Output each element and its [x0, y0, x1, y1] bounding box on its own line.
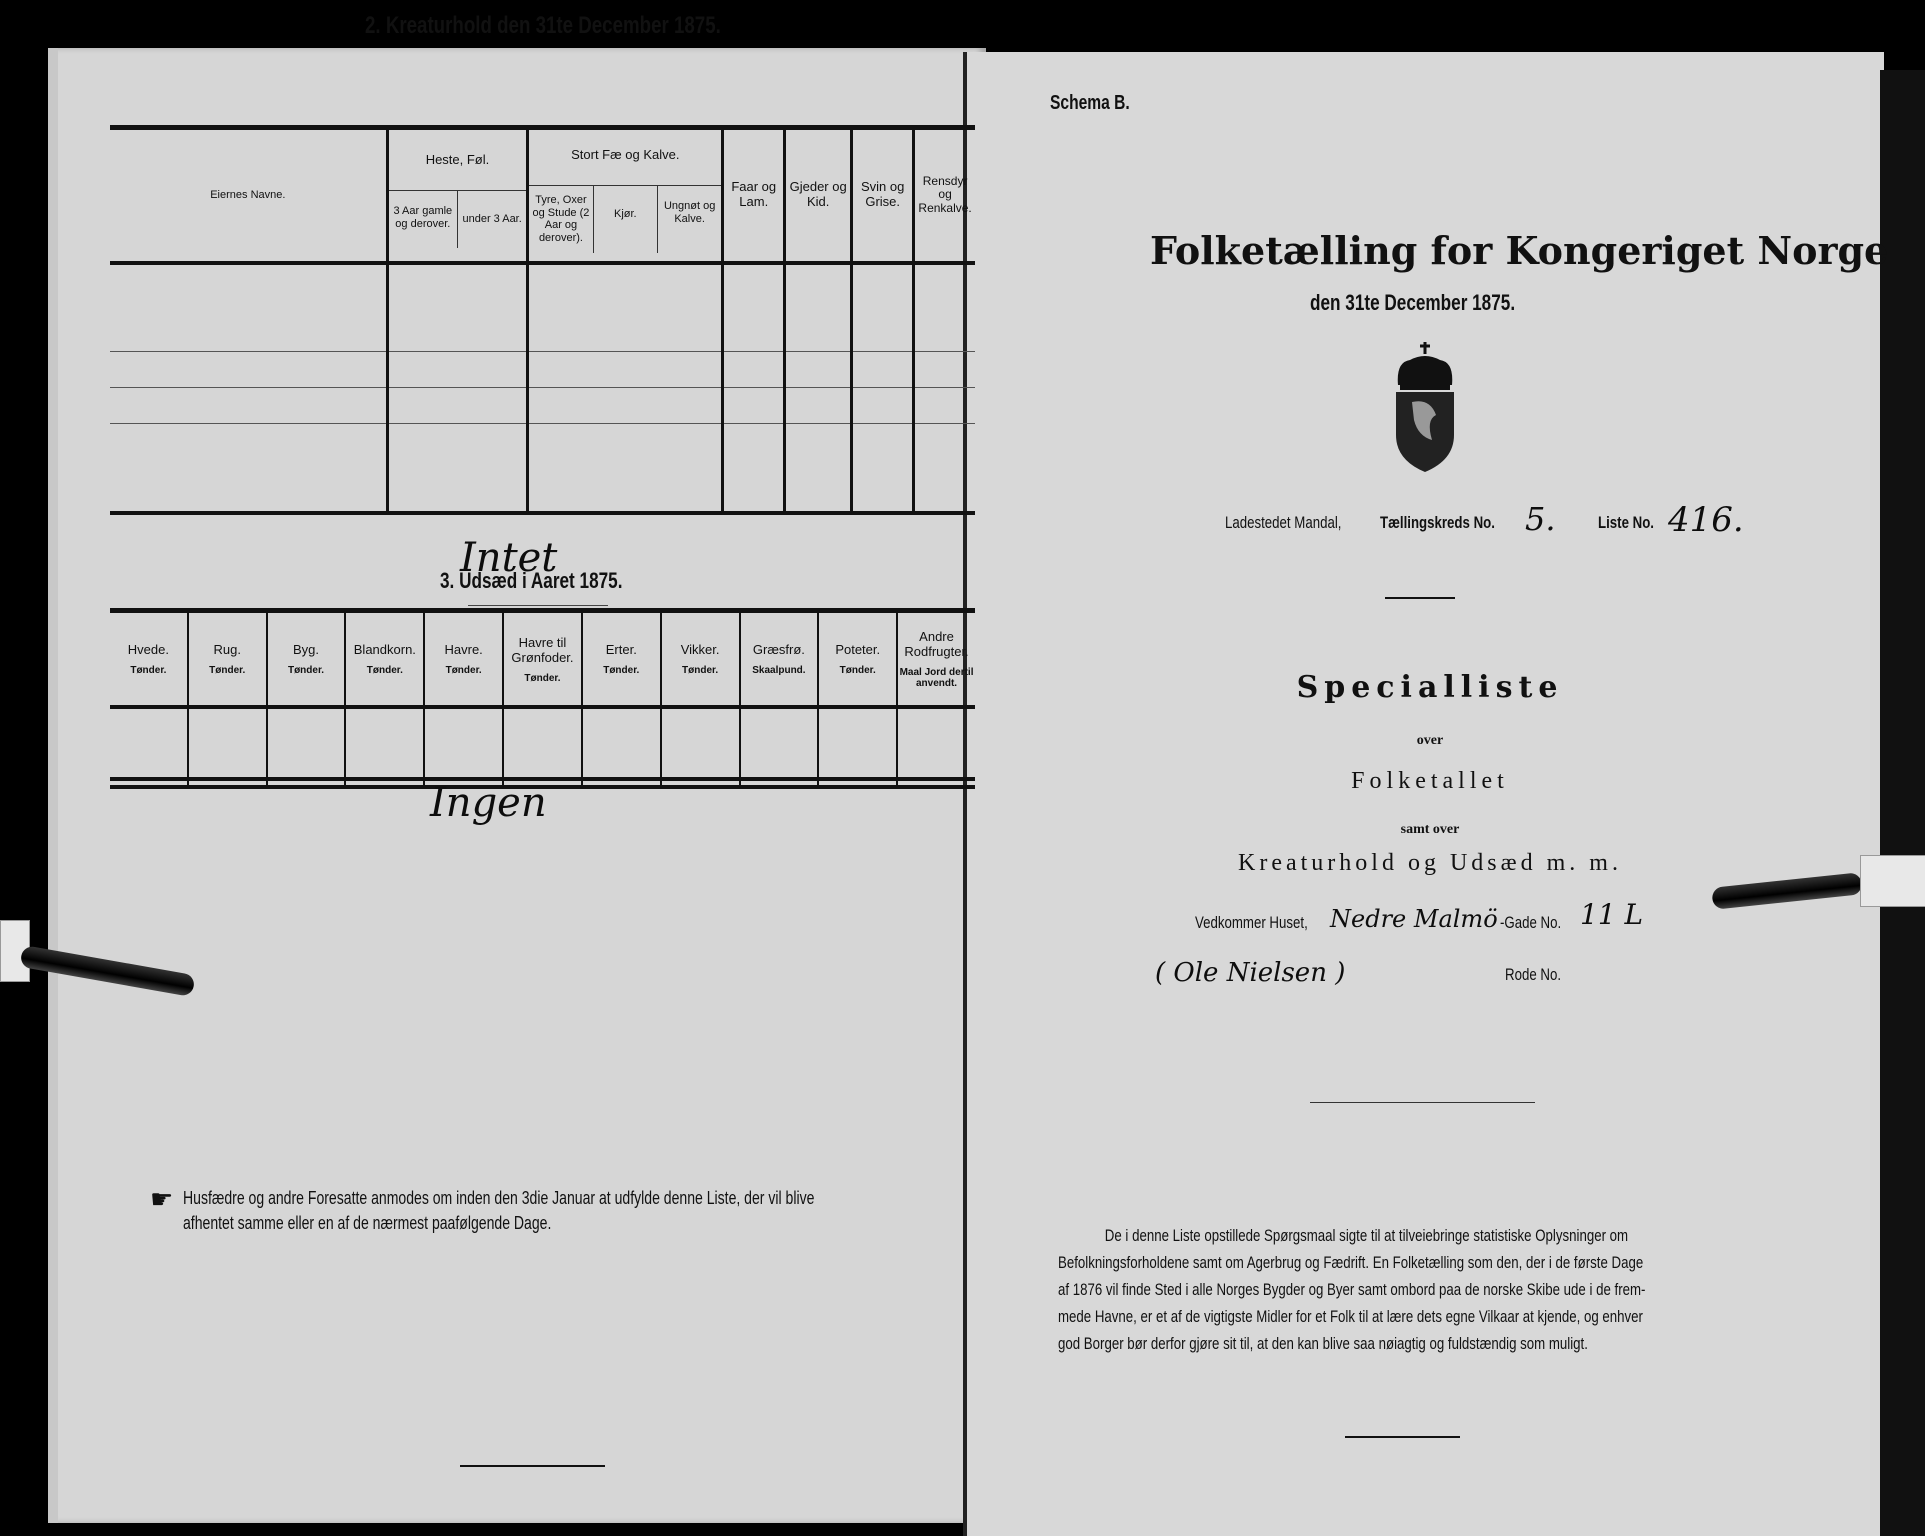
- divider: [460, 1465, 605, 1467]
- seed-column: Blandkorn.Tønder.: [344, 613, 423, 785]
- col-cattle-young: Ungnøt og Kalve.: [658, 186, 721, 253]
- seed-column-label: Poteter.: [819, 642, 896, 657]
- schema-label: Schema B.: [1050, 92, 1130, 115]
- folketallet-heading: Folketallet: [1150, 768, 1710, 795]
- seed-column-label: Havre.: [425, 642, 502, 657]
- seed-column: Andre Rodfrugter.Maal Jord dertil anvend…: [896, 613, 975, 785]
- street-value: Nedre Malmö: [1330, 905, 1498, 933]
- col-goats: Gjeder og Kid.: [785, 128, 852, 263]
- house-label: Vedkommer Huset,: [1195, 913, 1308, 933]
- owner-value: ( Ole Nielsen ): [1155, 958, 1345, 988]
- specialliste-heading: Specialliste: [1150, 670, 1710, 705]
- seed-column: Hvede.Tønder.: [110, 613, 187, 785]
- scan-border: [1880, 70, 1925, 1536]
- seed-column-unit: Tønder.: [346, 665, 423, 676]
- coat-of-arms-icon: [1390, 340, 1460, 470]
- seed-column-label: Rug.: [189, 642, 266, 657]
- kreaturhold-heading: Kreaturhold og Udsæd m. m.: [1150, 850, 1710, 877]
- seed-column-unit: Skaalpund.: [741, 665, 818, 676]
- col-sheep: Faar og Lam.: [723, 128, 785, 263]
- seed-column-label: Byg.: [268, 642, 345, 657]
- section2-title: 2. Kreaturhold den 31te December 1875.: [365, 12, 721, 40]
- seed-column-unit: Tønder.: [662, 665, 739, 676]
- gade-value: 11 L: [1580, 898, 1643, 931]
- footnote-line1: Husfædre og andre Foresatte anmodes om i…: [183, 1188, 814, 1209]
- col-owners: Eiernes Navne.: [110, 128, 387, 263]
- col-cattle-cows: Kjør.: [594, 186, 658, 253]
- seed-column-unit: Tønder.: [110, 665, 187, 676]
- binder-tag: [1860, 855, 1925, 907]
- seed-column-label: Andre Rodfrugter.: [898, 629, 975, 659]
- instructions-paragraph: De i denne Liste opstillede Spørgsmaal s…: [1058, 1222, 1838, 1357]
- location-label: Ladestedet Mandal,: [1225, 513, 1341, 533]
- paragraph-line: Befolkningsforholdene samt om Agerbrug o…: [1058, 1249, 1666, 1276]
- divider: [468, 605, 608, 606]
- paragraph-line: af 1876 vil finde Sted i alle Norges Byg…: [1058, 1276, 1666, 1303]
- cattle-group-label: Stort Fæ og Kalve.: [529, 138, 721, 186]
- paragraph-line: mede Havne, er et af de vigtigste Midler…: [1058, 1303, 1666, 1330]
- col-horses-under3: under 3 Aar.: [458, 191, 526, 248]
- col-reindeer: Rensdyr og Renkalve.: [914, 128, 975, 263]
- seed-column: Vikker.Tønder.: [660, 613, 739, 785]
- seed-column: Poteter.Tønder.: [817, 613, 896, 785]
- pointing-hand-icon: ☛: [150, 1185, 173, 1215]
- footnote-line2: afhentet samme eller en af de nærmest pa…: [183, 1213, 551, 1234]
- document-title: Folketælling for Kongeriget Norge: [1150, 228, 1888, 273]
- seed-column-unit: Tønder.: [583, 665, 660, 676]
- section3-title: 3. Udsæd i Aaret 1875.: [440, 568, 622, 594]
- divider: [1345, 1436, 1460, 1438]
- list-value: 416.: [1668, 500, 1744, 540]
- seed-column: Græsfrø.Skaalpund.: [739, 613, 818, 785]
- seed-column: Havre til Grønfoder.Tønder.: [502, 613, 581, 785]
- seed-column-unit: Maal Jord dertil anvendt.: [898, 667, 975, 689]
- seed-column-label: Blandkorn.: [346, 642, 423, 657]
- seed-column-unit: Tønder.: [504, 673, 581, 684]
- col-horses-3plus: 3 Aar gamle og derover.: [389, 191, 458, 248]
- seed-column: Rug.Tønder.: [187, 613, 266, 785]
- seed-column-label: Vikker.: [662, 642, 739, 657]
- seed-handwritten-entry: Ingen: [430, 780, 547, 826]
- seed-column-unit: Tønder.: [819, 665, 896, 676]
- rode-label: Rode No.: [1505, 965, 1561, 985]
- seed-column-unit: Tønder.: [425, 665, 502, 676]
- seed-column-label: Hvede.: [110, 642, 187, 657]
- seed-column-label: Erter.: [583, 642, 660, 657]
- seed-column-label: Havre til Grønfoder.: [504, 635, 581, 665]
- district-value: 5.: [1525, 500, 1556, 538]
- horses-group-label: Heste, Føl.: [389, 143, 527, 191]
- seed-column: Erter.Tønder.: [581, 613, 660, 785]
- seed-table: Hvede.Tønder.Rug.Tønder.Byg.Tønder.Bland…: [110, 613, 975, 789]
- paragraph-line: De i denne Liste opstillede Spørgsmaal s…: [1058, 1222, 1666, 1249]
- document-date: den 31te December 1875.: [1310, 290, 1515, 316]
- seed-column-label: Græsfrø.: [741, 642, 818, 657]
- seed-column-unit: Tønder.: [189, 665, 266, 676]
- col-cattle: Stort Fæ og Kalve. Tyre, Oxer og Stude (…: [528, 128, 723, 263]
- seed-column: Havre.Tønder.: [423, 613, 502, 785]
- samt-over-label: samt over: [1150, 822, 1710, 838]
- divider: [1310, 1102, 1535, 1103]
- col-pigs: Svin og Grise.: [852, 128, 914, 263]
- seed-column: Byg.Tønder.: [266, 613, 345, 785]
- paragraph-line: god Borger bør derfor gjøre sit til, at …: [1058, 1330, 1666, 1357]
- livestock-table: Eiernes Navne. Heste, Føl. 3 Aar gamle o…: [110, 125, 975, 515]
- col-horses: Heste, Føl. 3 Aar gamle og derover. unde…: [387, 128, 528, 263]
- district-label: Tællingskreds No.: [1380, 513, 1495, 533]
- col-cattle-bulls: Tyre, Oxer og Stude (2 Aar og derover).: [529, 186, 593, 253]
- gade-label: -Gade No.: [1500, 913, 1561, 933]
- list-label: Liste No.: [1598, 513, 1654, 533]
- divider: [1385, 597, 1455, 599]
- seed-column-unit: Tønder.: [268, 665, 345, 676]
- over-label: over: [1150, 733, 1710, 749]
